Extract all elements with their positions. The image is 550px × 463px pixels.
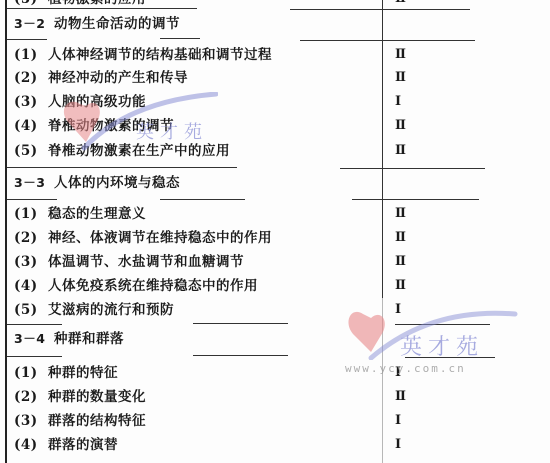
section-title: 动物生命活动的调节 — [54, 16, 180, 32]
table-row: (1)人体神经调节的结构基础和调节过程 — [14, 44, 272, 66]
item-text: 神经冲动的产生和传导 — [48, 70, 188, 86]
item-number: (3) — [14, 410, 48, 432]
watermark-url-text: www.ycy.com.cn — [345, 362, 466, 375]
item-number: (4) — [14, 115, 48, 137]
level-mark: Ⅰ — [395, 91, 401, 113]
level-mark: Ⅱ — [395, 67, 406, 89]
level-mark: Ⅰ — [395, 299, 401, 321]
rule — [7, 199, 57, 200]
table-row: (4)人体免疫系统在维持稳态中的作用 — [14, 275, 258, 297]
item-number: (1) — [14, 362, 48, 384]
section-title: 人体的内环境与稳态 — [54, 175, 180, 191]
level-mark: Ⅱ — [395, 140, 406, 162]
rule — [395, 324, 490, 325]
item-text: 脊椎动物激素的调节 — [48, 118, 174, 134]
item-text: 人体免疫系统在维持稳态中的作用 — [48, 278, 258, 294]
level-column-divider — [382, 0, 383, 298]
rule — [160, 38, 200, 39]
rule — [290, 9, 470, 10]
item-number: (1) — [14, 203, 48, 225]
rule — [7, 8, 197, 9]
level-mark: Ⅱ — [395, 115, 406, 137]
item-text: 植物激素的应用 — [48, 0, 146, 7]
table-row: (3)群落的结构特征 — [14, 410, 146, 432]
item-number: (5) — [14, 140, 48, 162]
item-text: 神经、体液调节在维持稳态中的作用 — [48, 230, 272, 246]
level-mark: Ⅱ — [395, 386, 406, 408]
rule — [7, 356, 62, 357]
rule — [405, 357, 495, 358]
table-row: (3)人脑的高级功能 — [14, 91, 146, 113]
rule — [160, 199, 245, 200]
item-number: (3) — [14, 251, 48, 273]
section-heading-3-2: 3－2动物生命活动的调节 — [14, 13, 180, 35]
item-number: (4) — [14, 434, 48, 456]
watermark-logo: 英才苑 www.ycy.com.cn — [345, 300, 545, 382]
item-text: 人体神经调节的结构基础和调节过程 — [48, 47, 272, 63]
item-text: 群落的结构特征 — [48, 413, 146, 429]
rule — [352, 199, 479, 200]
item-number: (2) — [14, 386, 48, 408]
table-row: (1)种群的特征 — [14, 362, 118, 384]
item-text: 人脑的高级功能 — [48, 94, 146, 110]
item-text: 稳态的生理意义 — [48, 206, 146, 222]
rule — [7, 39, 47, 40]
watermark-heart-icon — [345, 300, 545, 360]
table-row: (5)脊椎动物激素在生产中的应用 — [14, 140, 230, 162]
item-number: (3) — [14, 91, 48, 113]
level-mark: Ⅱ — [395, 251, 406, 273]
level-mark: Ⅱ — [395, 275, 406, 297]
rule — [7, 324, 62, 325]
item-number: (2) — [14, 67, 48, 89]
level-mark: Ⅱ — [395, 44, 406, 66]
item-text: 种群的数量变化 — [48, 389, 146, 405]
section-code: 3－3 — [14, 172, 54, 194]
level-mark: Ⅰ — [395, 362, 401, 384]
section-heading-3-4: 3－4种群和群落 — [14, 328, 124, 350]
level-mark: Ⅰ — [395, 434, 401, 456]
table-row: (4)群落的演替 — [14, 434, 118, 456]
table-row: (3)体温调节、水盐调节和血糖调节 — [14, 251, 244, 273]
level-mark: Ⅱ — [395, 203, 406, 225]
table-row: (1)稳态的生理意义 — [14, 203, 146, 225]
item-text: 群落的演替 — [48, 437, 118, 453]
level-mark: Ⅱ — [395, 227, 406, 249]
section-heading-3-3: 3－3人体的内环境与稳态 — [14, 172, 180, 194]
table-row: (2)种群的数量变化 — [14, 386, 146, 408]
rule — [340, 168, 485, 169]
item-text: 艾滋病的流行和预防 — [48, 302, 174, 318]
item-number: (1) — [14, 44, 48, 66]
section-code: 3－2 — [14, 13, 54, 35]
table-row: (5)艾滋病的流行和预防 — [14, 299, 174, 321]
item-number: (5) — [14, 299, 48, 321]
scanned-curriculum-table: (5)植物激素的应用 Ⅱ 3－2动物生命活动的调节 (1)人体神经调节的结构基础… — [0, 0, 550, 463]
table-row: (2)神经冲动的产生和传导 — [14, 67, 188, 89]
item-number: (2) — [14, 227, 48, 249]
level-mark: Ⅰ — [395, 410, 401, 432]
item-text: 体温调节、水盐调节和血糖调节 — [48, 254, 244, 270]
table-row: (2)神经、体液调节在维持稳态中的作用 — [14, 227, 272, 249]
rule — [193, 323, 288, 324]
table-row: (4)脊椎动物激素的调节 — [14, 115, 174, 137]
rule — [7, 167, 237, 168]
item-text: 脊椎动物激素在生产中的应用 — [48, 143, 230, 159]
table-left-border — [5, 0, 7, 463]
rule — [193, 355, 288, 356]
level-column-divider-faint — [382, 298, 383, 463]
section-code: 3－4 — [14, 328, 54, 350]
rule — [300, 40, 475, 41]
section-title: 种群和群落 — [54, 331, 124, 347]
item-text: 种群的特征 — [48, 365, 118, 381]
item-number: (4) — [14, 275, 48, 297]
